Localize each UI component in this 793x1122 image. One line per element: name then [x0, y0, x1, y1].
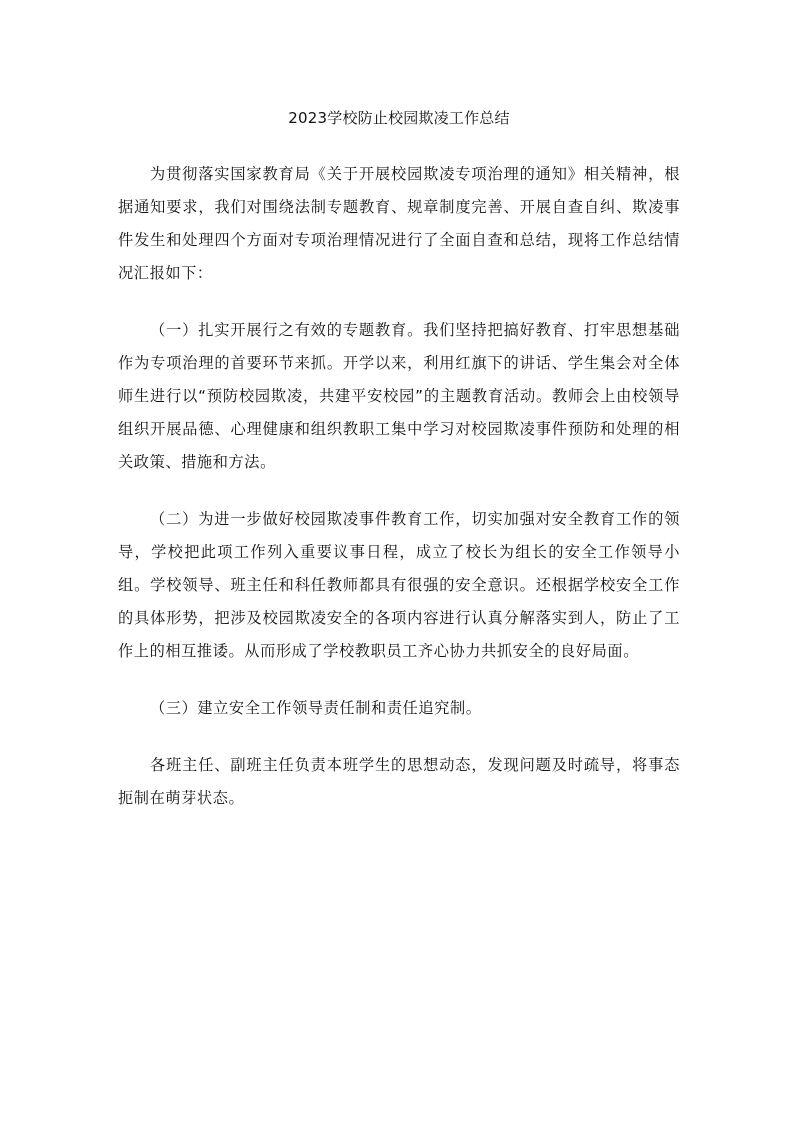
- document-page: 2023学校防止校园欺凌工作总结 为贯彻落实国家教育局《关于开展校园欺凌专项治理…: [118, 104, 680, 839]
- section-2-paragraph: （二）为进一步做好校园欺凌事件教育工作，切实加强对安全教育工作的领导，学校把此项…: [118, 503, 680, 668]
- section-3-heading: （三）建立安全工作领导责任制和责任追究制。: [118, 692, 680, 725]
- document-title: 2023学校防止校园欺凌工作总结: [118, 104, 680, 132]
- section-1-paragraph: （一）扎实开展行之有效的专题教育。我们坚持把搞好教育、打牢思想基础作为专项治理的…: [118, 314, 680, 479]
- section-3-paragraph: 各班主任、副班主任负责本班学生的思想动态，发现问题及时疏导，将事态扼制在萌芽状态…: [118, 749, 680, 815]
- intro-paragraph: 为贯彻落实国家教育局《关于开展校园欺凌专项治理的通知》相关精神，根据通知要求，我…: [118, 158, 680, 290]
